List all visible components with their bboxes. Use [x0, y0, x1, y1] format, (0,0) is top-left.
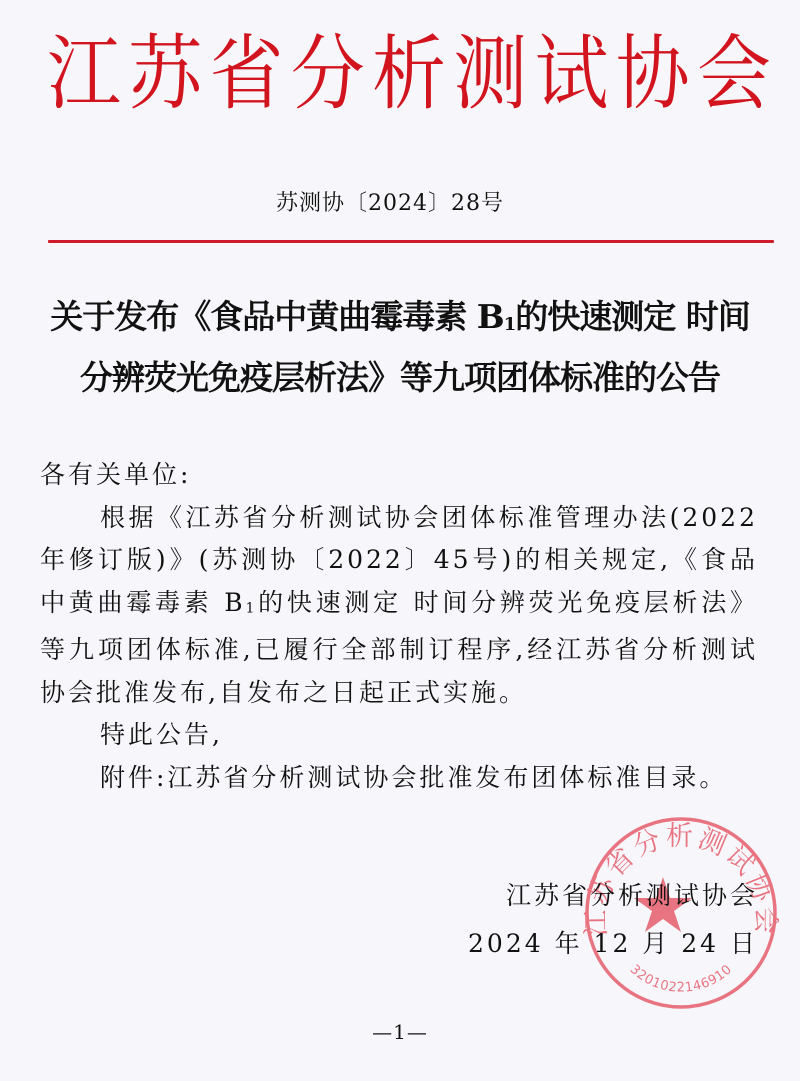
page-number: —1— [0, 1020, 800, 1044]
heading-text: 关于发布《食品中黄曲霉毒素 B [50, 297, 503, 336]
heading-line-2: 分辨荧光免疫层析法》等九项团体标准的公告 [0, 351, 800, 404]
title-char: 分 [288, 23, 368, 124]
signature-org: 江苏省分析测试协会 [468, 872, 758, 920]
main-paragraph: 根据《江苏省分析测试协会团体标准管理办法(2022年修订版)》(苏测协〔2022… [40, 497, 758, 715]
body-text: 各有关单位: 根据《江苏省分析测试协会团体标准管理办法(2022年修订版)》(苏… [40, 454, 758, 799]
title-char: 省 [207, 23, 287, 124]
heading-line-1: 关于发布《食品中黄曲霉毒素 B1的快速测定 时间 [0, 290, 800, 351]
title-char: 协 [613, 23, 693, 124]
subscript: 1 [246, 600, 258, 616]
heading-text: 的快速测定 时间 [515, 297, 750, 336]
title-char: 试 [532, 23, 612, 124]
title-char: 测 [450, 23, 530, 124]
announcement-heading: 关于发布《食品中黄曲霉毒素 B1的快速测定 时间 分辨荧光免疫层析法》等九项团体… [0, 290, 800, 404]
salutation: 各有关单位: [40, 454, 758, 497]
title-char: 会 [694, 23, 774, 124]
red-divider [48, 240, 774, 243]
signature-block: 江苏省分析测试协会 2024 年 12 月 24 日 [468, 872, 758, 968]
attachment-line: 附件:江苏省分析测试协会批准发布团体标准目录。 [40, 757, 758, 800]
closing-line: 特此公告, [40, 714, 758, 757]
letterhead-title: 江 苏 省 分 析 测 试 协 会 [44, 23, 774, 124]
title-char: 江 [44, 23, 124, 124]
signature-date: 2024 年 12 月 24 日 [468, 920, 758, 968]
document-number: 苏测协〔2024〕28号 [0, 190, 800, 218]
title-char: 析 [369, 23, 449, 124]
subscript: 1 [504, 314, 516, 335]
title-char: 苏 [125, 23, 205, 124]
document-page: 江 苏 省 分 析 测 试 协 会 苏测协〔2024〕28号 关于发布《食品中黄… [0, 0, 800, 1081]
